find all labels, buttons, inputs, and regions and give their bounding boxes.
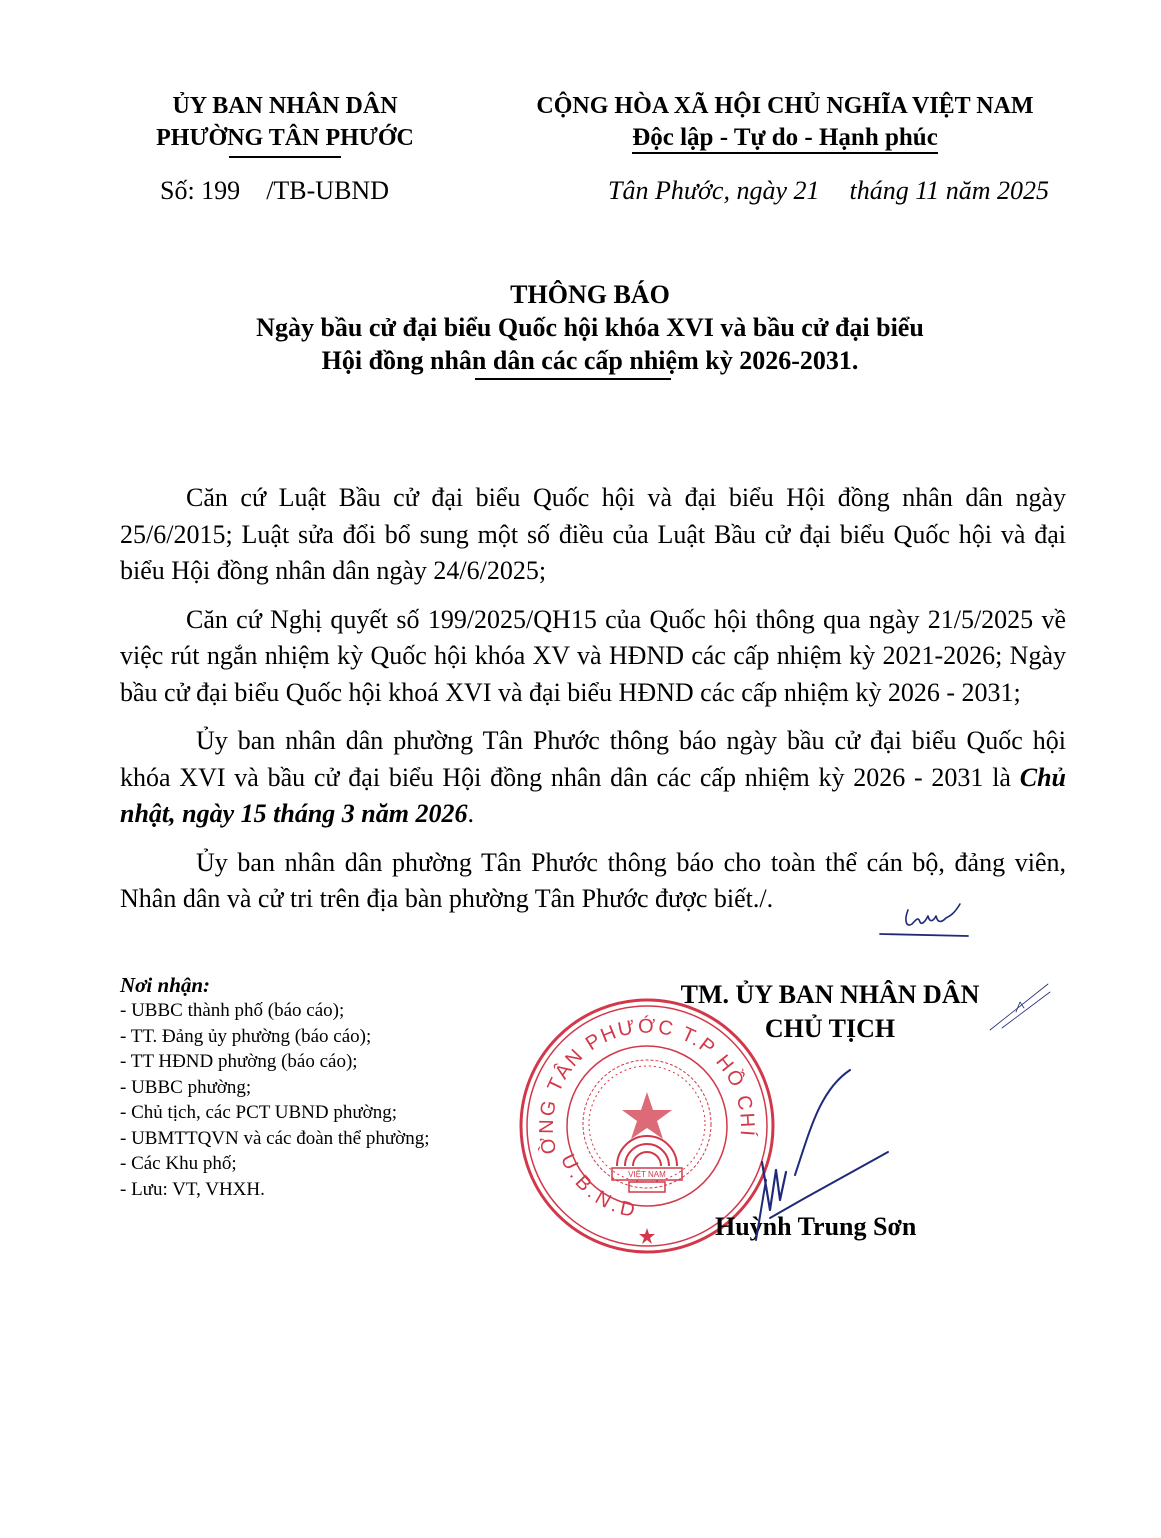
signature-block: TM. ỦY BAN NHÂN DÂN CHỦ TỊCH xyxy=(630,978,1030,1046)
body-paragraph-2: Căn cứ Nghị quyết số 199/2025/QH15 của Q… xyxy=(120,602,1066,712)
svg-text:VIỆT NAM: VIỆT NAM xyxy=(628,1170,666,1179)
authority-line-1: ỦY BAN NHÂN DÂN xyxy=(120,90,450,122)
recipients-title: Nơi nhận: xyxy=(120,972,430,998)
recipient-item: - Các Khu phố; xyxy=(120,1151,430,1177)
recipient-item: - UBBC phường; xyxy=(120,1075,430,1101)
authority-line-2: PHƯỜNG TÂN PHƯỚC xyxy=(120,122,450,154)
authority-underline xyxy=(229,156,341,158)
document-number-prefix: Số: 199 xyxy=(160,176,240,205)
recipient-item: - UBMTTQVN và các đoàn thể phường; xyxy=(120,1126,430,1152)
nation-name: CỘNG HÒA XÃ HỘI CHỦ NGHĨA VIỆT NAM xyxy=(490,90,1080,122)
place-date-part2: tháng 11 năm 2025 xyxy=(849,176,1049,205)
recipient-item: - UBBC thành phố (báo cáo); xyxy=(120,998,430,1024)
recipients-list: Nơi nhận: - UBBC thành phố (báo cáo); - … xyxy=(120,972,430,1202)
paragraph-3-lead: Ủy ban nhân dân phường Tân Phước thông b… xyxy=(120,726,1066,792)
paragraph-3-end: . xyxy=(467,799,474,828)
place-and-date: Tân Phước, ngày 21tháng 11 năm 2025 xyxy=(608,176,1049,206)
national-motto: Độc lập - Tự do - Hạnh phúc xyxy=(490,122,1080,154)
title-underline xyxy=(475,378,671,380)
recipient-item: - Chủ tịch, các PCT UBND phường; xyxy=(120,1100,430,1126)
signature-on-behalf: TM. ỦY BAN NHÂN DÂN xyxy=(630,978,1030,1012)
recipient-item: - TT. Đảng ủy phường (báo cáo); xyxy=(120,1024,430,1050)
document-title-block: THÔNG BÁO Ngày bầu cử đại biểu Quốc hội … xyxy=(190,278,990,377)
body-paragraph-4: Ủy ban nhân dân phường Tân Phước thông b… xyxy=(120,845,1066,918)
document-body: Căn cứ Luật Bầu cử đại biểu Quốc hội và … xyxy=(120,480,1066,930)
document-number-suffix: /TB-UBND xyxy=(266,176,389,205)
issuing-authority: ỦY BAN NHÂN DÂN PHƯỜNG TÂN PHƯỚC xyxy=(120,90,450,158)
document-subtitle-line-1: Ngày bầu cử đại biểu Quốc hội khóa XVI v… xyxy=(190,311,990,344)
recipient-item: - TT HĐND phường (báo cáo); xyxy=(120,1049,430,1075)
body-paragraph-3: Ủy ban nhân dân phường Tân Phước thông b… xyxy=(120,723,1066,833)
body-paragraph-1: Căn cứ Luật Bầu cử đại biểu Quốc hội và … xyxy=(120,480,1066,590)
document-number: Số: 199/TB-UBND xyxy=(160,176,389,206)
national-heading: CỘNG HÒA XÃ HỘI CHỦ NGHĨA VIỆT NAM Độc l… xyxy=(490,90,1080,154)
recipient-item: - Lưu: VT, VHXH. xyxy=(120,1177,430,1203)
motto-text: Độc lập - Tự do - Hạnh phúc xyxy=(632,124,938,154)
place-date-part1: Tân Phước, ngày 21 xyxy=(608,176,819,205)
signer-name: Huỳnh Trung Sơn xyxy=(715,1212,916,1242)
document-subtitle-line-2: Hội đồng nhân dân các cấp nhiệm kỳ 2026-… xyxy=(190,344,990,377)
document-title: THÔNG BÁO xyxy=(190,278,990,311)
svg-text:U.B.N.D: U.B.N.D xyxy=(556,1151,641,1223)
signature-position: CHỦ TỊCH xyxy=(630,1012,1030,1046)
